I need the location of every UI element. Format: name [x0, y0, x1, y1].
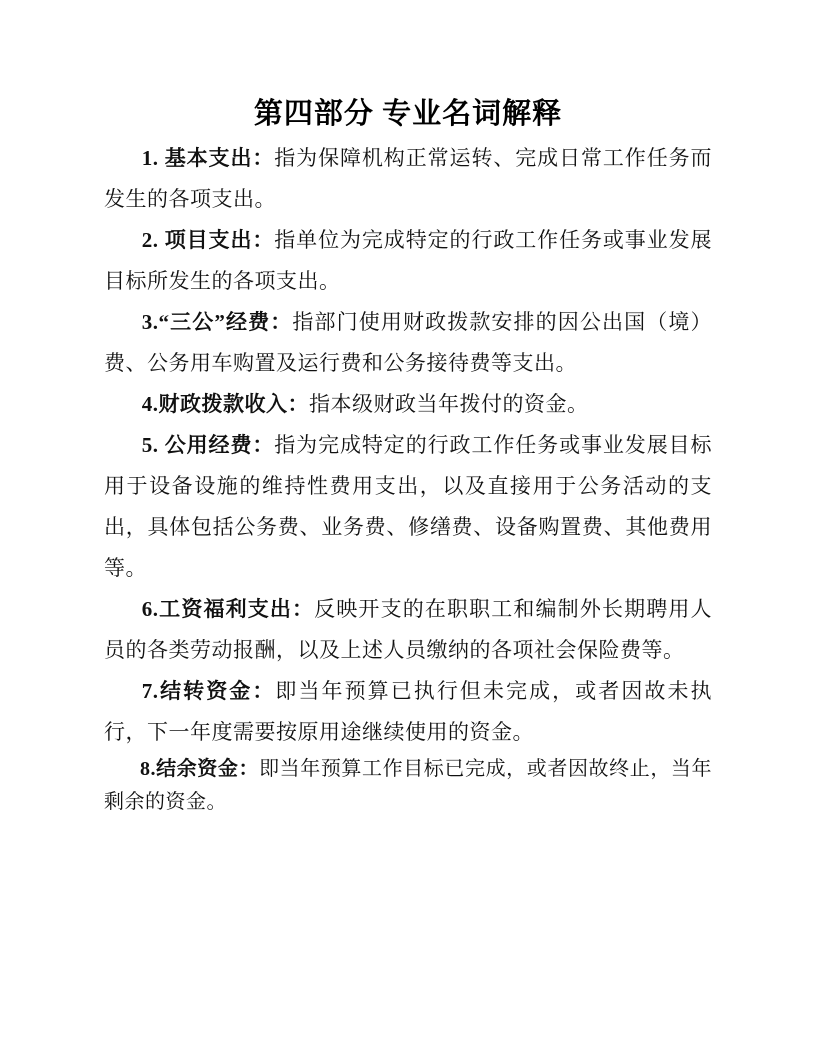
term-paragraph: 8.结余资金：即当年预算工作目标已完成，或者因故终止，当年剩余的资金。 [104, 753, 712, 819]
term-paragraph: 7.结转资金：即当年预算已执行但未完成，或者因故未执行，下一年度需要按原用途继续… [104, 671, 712, 753]
term-number: 5. [142, 433, 165, 457]
term-number: 2. [142, 228, 165, 252]
term-paragraph: 1. 基本支出：指为保障机构正常运转、完成日常工作任务而发生的各项支出。 [104, 138, 712, 220]
term-name: 财政拨款收入： [159, 392, 310, 416]
term-name: 结转资金： [159, 679, 276, 703]
term-paragraph: 3.“三公”经费：指部门使用财政拨款安排的因公出国（境）费、公务用车购置及运行费… [104, 302, 712, 384]
term-number: 3. [142, 310, 159, 334]
term-paragraph: 2. 项目支出：指单位为完成特定的行政工作任务或事业发展目标所发生的各项支出。 [104, 220, 712, 302]
term-name: 结余资金： [156, 758, 259, 780]
term-name: 项目支出： [165, 228, 275, 252]
term-number: 1. [142, 146, 165, 170]
term-number: 6. [142, 597, 159, 621]
term-paragraph: 6.工资福利支出：反映开支的在职职工和编制外长期聘用人员的各类劳动报酬，以及上述… [104, 589, 712, 671]
term-label: 6.工资福利支出： [142, 597, 314, 621]
document-title: 第四部分 专业名词解释 [104, 96, 712, 132]
term-definition: 指本级财政当年拨付的资金。 [309, 392, 589, 416]
document-body: 1. 基本支出：指为保障机构正常运转、完成日常工作任务而发生的各项支出。 2. … [104, 138, 712, 819]
term-name: 公用经费： [165, 433, 275, 457]
term-label: 3.“三公”经费： [142, 310, 293, 334]
document-page: 第四部分 专业名词解释 1. 基本支出：指为保障机构正常运转、完成日常工作任务而… [0, 0, 816, 1056]
term-label: 1. 基本支出： [142, 146, 274, 170]
term-number: 7. [142, 679, 159, 703]
term-label: 2. 项目支出： [142, 228, 274, 252]
term-number: 8. [140, 758, 156, 780]
term-name: 工资福利支出： [159, 597, 315, 621]
term-label: 7.结转资金： [142, 679, 276, 703]
term-number: 4. [142, 392, 159, 416]
term-name: “三公”经费： [159, 310, 293, 334]
term-label: 5. 公用经费： [142, 433, 274, 457]
term-label: 4.财政拨款收入： [142, 392, 309, 416]
term-paragraph: 5. 公用经费：指为完成特定的行政工作任务或事业发展目标用于设备设施的维持性费用… [104, 425, 712, 589]
term-paragraph: 4.财政拨款收入：指本级财政当年拨付的资金。 [104, 384, 712, 425]
term-name: 基本支出： [165, 146, 275, 170]
term-label: 8.结余资金： [140, 758, 259, 780]
